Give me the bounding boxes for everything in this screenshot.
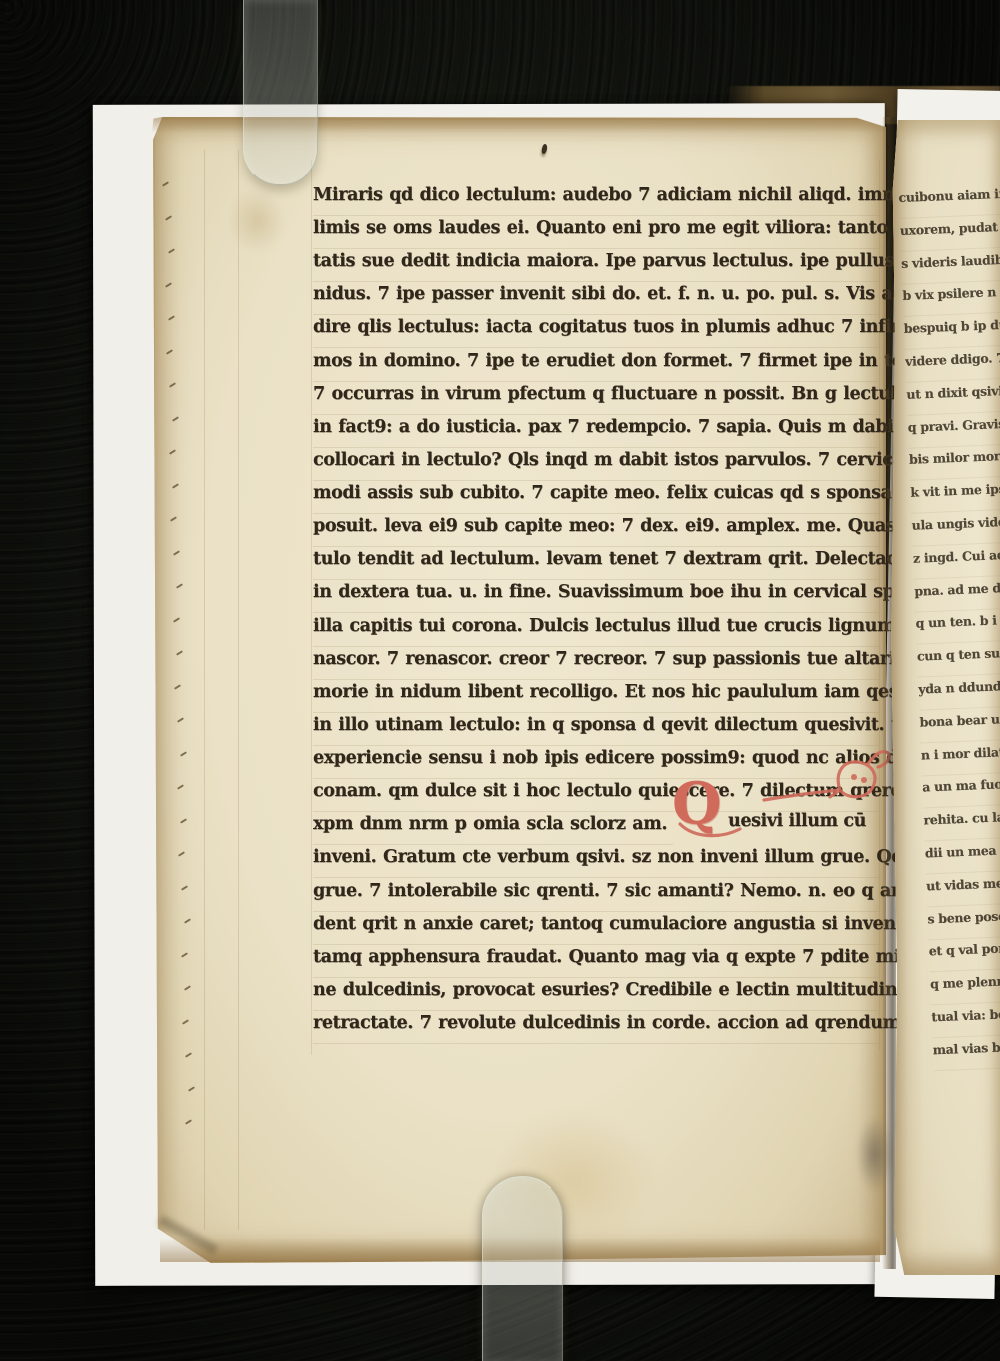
text-block: Miraris qd dico lectulum: audebo 7 adici…	[313, 182, 879, 1062]
text-line: ne dulcedinis, provocat esuries? Credibi…	[313, 977, 879, 1011]
ruling-vertical-line	[238, 150, 239, 1230]
right-text-line: z ingd. Cui adherer dno: un sp	[912, 542, 1000, 580]
text-line: Miraris qd dico lectulum: audebo 7 adici…	[313, 182, 879, 216]
incipit-text: uesivi illum cū	[728, 811, 866, 831]
right-text-line: s videris laudibus elimare p q	[901, 247, 1000, 285]
ruling-vertical-line	[204, 150, 205, 1230]
text-line: grue. 7 intolerabile sic qrenti. 7 sic a…	[313, 878, 879, 912]
text-line: illa capitis tui corona. Dulcis lectulus…	[313, 613, 879, 647]
manuscript-photo: Miraris qd dico lectulum: audebo 7 adici…	[0, 0, 1000, 1361]
right-page-sliver: cuibonu aiam inverat. deruuxorem, pudat …	[890, 120, 1000, 1275]
right-text-line: b vix psilere n inveni illum	[902, 279, 1000, 317]
text-line: limis se oms laudes ei. Quanto eni pro m…	[313, 215, 879, 249]
right-text-line: rehita. cu lau oculoz mory. ru	[923, 804, 1000, 842]
text-line: mos in domino. 7 ipe te erudiet don form…	[313, 348, 879, 382]
text-line: in dextera tua. u. in fine. Suavissimum …	[313, 579, 879, 613]
right-text-line: bespuiq b ip dulanorem. 7 do	[903, 312, 1000, 350]
text-line: tulo tendit ad lectulum. levam tenet 7 d…	[313, 546, 879, 580]
right-text-line: q un ten. b i spina n differo	[915, 607, 1000, 645]
red-drop-cap: Q	[672, 777, 722, 831]
right-text-line: pna. ad me diindata redu man	[914, 574, 1000, 612]
text-line: nascor. 7 renascor. creor 7 recreor. 7 s…	[313, 646, 879, 680]
right-text-line: s bene pose psidere: inant 7 v	[927, 902, 1000, 940]
right-text-line: bis milor mory. 7 ipsm non	[909, 443, 1000, 481]
ruling-vertical-line	[311, 160, 312, 1055]
text-line: tamq apphensura fraudat. Quanto mag via …	[313, 944, 879, 978]
right-text-line: et q val pordin. Adiuvane q dre	[928, 935, 1000, 973]
text-line: xpm dnm nrm p omia scla sclorz am.	[313, 811, 673, 845]
text-line: modi assis sub cubito. 7 capite meo. fel…	[313, 480, 879, 514]
right-text-line: ula ungis video ad audien verbi	[911, 509, 1000, 547]
text-line: dent qrit n anxie caret; tantoq cumulaci…	[313, 911, 879, 945]
right-text-line: ut vidas mea scutus velpure. q	[926, 869, 1000, 907]
right-text-line: videre ddigo. 7 intrant qvo n	[905, 345, 1000, 383]
text-line: collocari in lectulo? Qls inqd m dabit i…	[313, 447, 879, 481]
bottom-plastic-clamp	[482, 1176, 563, 1361]
text-line: in fact9: a do iusticia. pax 7 redempcio…	[313, 414, 879, 448]
right-text-line: yda n ddundin orone sdacu. q i	[918, 673, 1000, 711]
top-plastic-clamp	[243, 0, 318, 185]
text-line: tatis sue dedit indicia maiora. Ipe parv…	[313, 248, 879, 282]
right-text-block: cuibonu aiam inverat. deruuxorem, pudat …	[898, 182, 1000, 1086]
right-text-line: q pravi. Gravis pane q redea	[907, 411, 1000, 449]
text-line: dire qlis lectulus: iacta cogitatus tuos…	[313, 314, 879, 348]
text-line: in illo utinam lectulo: in q sponsa d qe…	[313, 712, 879, 746]
right-text-line: n i mor dilatet denuba. Tu dm	[920, 738, 1000, 776]
right-text-line: ut n dixit qsivimus q a te q q	[906, 378, 1000, 416]
right-text-line: uxorem, pudat stat qs in lo	[899, 214, 1000, 252]
right-text-line: bona bear ur pspla. q stano ab	[919, 706, 1000, 744]
incipit-line: Q uesivi illum cū	[672, 779, 887, 851]
text-line: nidus. 7 ipe passer invenit sibi do. et.…	[313, 281, 879, 315]
right-text-line: mal vias beu me q vapu dibr	[932, 1033, 1000, 1071]
text-line: posuit. leva ei9 sub capite meo: 7 dex. …	[313, 513, 879, 547]
text-line: 7 occurras in virum pfectum q fluctuare …	[313, 381, 879, 415]
right-text-line: dii un mea 7 cor mm. ut den	[924, 837, 1000, 875]
right-text-line: a un ma fuor. spo incedit in d	[922, 771, 1000, 809]
text-line: morie in nidum libent recolligo. Et nos …	[313, 679, 879, 713]
text-line: experiencie sensu i nob ipis edicere pos…	[313, 745, 879, 779]
right-text-line: cun q ten sua abundat. 7 abiol	[916, 640, 1000, 678]
right-text-line: q me plenmdival pronoren ur	[930, 968, 1000, 1006]
right-text-line: tual via: ben me q vapn dibr	[931, 1001, 1000, 1039]
right-text-line: cuibonu aiam inverat. deru	[898, 181, 1000, 219]
text-line: retractate. 7 revolute dulcedinis in cor…	[313, 1010, 879, 1044]
right-text-line: k vit in me ipsa et absente cureb	[910, 476, 1000, 514]
